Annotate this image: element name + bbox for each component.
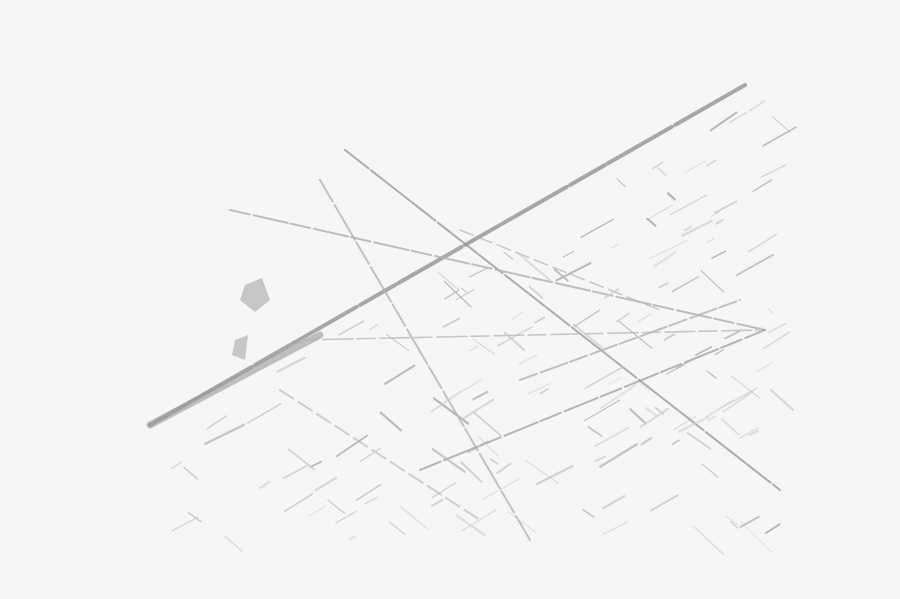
scratch-texture [0, 0, 900, 599]
scratch-lines-graphic [0, 0, 900, 599]
